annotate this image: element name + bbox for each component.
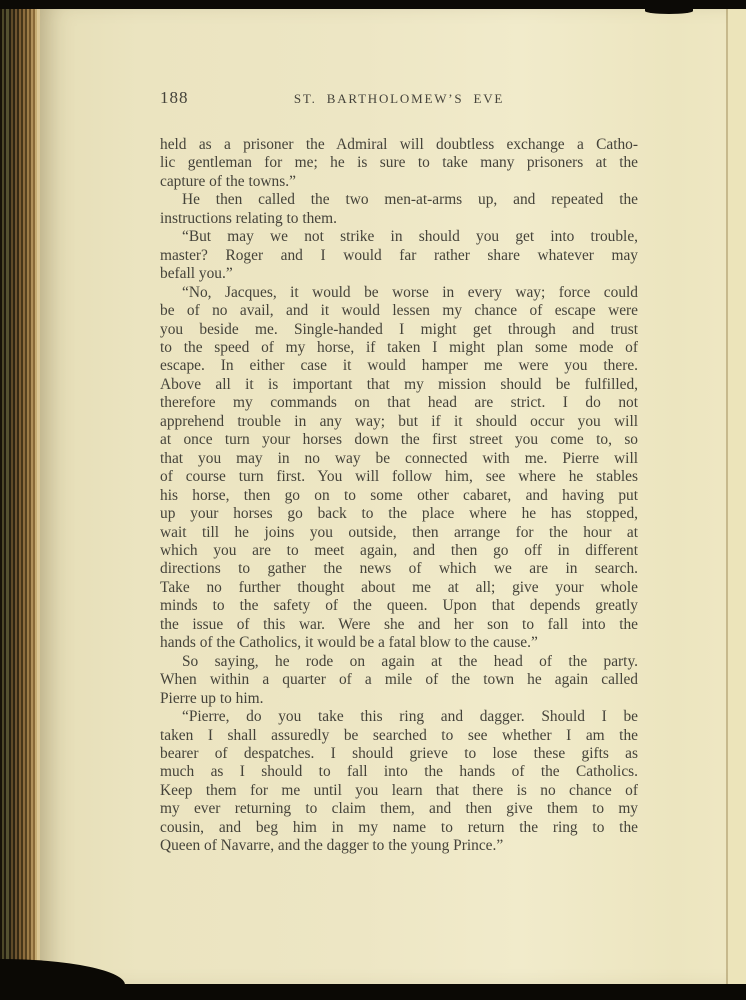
text-line: Take no further thought about me at all;…: [160, 579, 638, 597]
text-line: that you may in no way be connected with…: [160, 450, 638, 468]
page-header: 188 ST. BARTHOLOMEW’S EVE: [160, 88, 638, 110]
text-line: his horse, then go on to some other caba…: [160, 487, 638, 505]
text-line: to the speed of my horse, if taken I mig…: [160, 339, 638, 357]
text-line: you beside me. Single-handed I might get…: [160, 321, 638, 339]
text-line: hands of the Catholics, it would be a fa…: [160, 634, 638, 652]
text-line: cousin, and beg him in my name to return…: [160, 819, 638, 837]
photo-background-bottom: [0, 984, 746, 1000]
text-line: “But may we not strike in should you get…: [160, 228, 638, 246]
paragraph: “But may we not strike in should you get…: [160, 228, 638, 283]
text-line: at once turn your horses down the first …: [160, 431, 638, 449]
text-line: wait till he joins you outside, then arr…: [160, 524, 638, 542]
text-block: held as a prisoner the Admiral will doub…: [160, 136, 638, 856]
page-edge-line: [726, 9, 728, 984]
text-line: much as I should to fall into the hands …: [160, 763, 638, 781]
paragraph: held as a prisoner the Admiral will doub…: [160, 136, 638, 191]
text-line: taken I shall assuredly be searched to s…: [160, 727, 638, 745]
text-line: bearer of despatches. I should grieve to…: [160, 745, 638, 763]
text-line: of course turn first. You will follow hi…: [160, 468, 638, 486]
text-line: therefore my commands on that head are s…: [160, 394, 638, 412]
text-line: Above all it is important that my missio…: [160, 376, 638, 394]
photo-background-notch: [645, 8, 693, 14]
text-line: which you are to meet again, and then go…: [160, 542, 638, 560]
running-header: ST. BARTHOLOMEW’S EVE: [160, 88, 638, 107]
text-line: So saying, he rode on again at the head …: [160, 653, 638, 671]
text-line: master? Roger and I would far rather sha…: [160, 247, 638, 265]
text-line: capture of the towns.”: [160, 173, 638, 191]
text-line: “No, Jacques, it would be worse in every…: [160, 284, 638, 302]
text-line: directions to gather the news of which w…: [160, 560, 638, 578]
text-line: escape. In either case it would hamper m…: [160, 357, 638, 375]
text-line: the issue of this war. Were she and her …: [160, 616, 638, 634]
page-content: 188 ST. BARTHOLOMEW’S EVE held as a pris…: [160, 88, 638, 856]
paragraph: So saying, he rode on again at the head …: [160, 653, 638, 708]
text-line: Keep them for me until you learn that th…: [160, 782, 638, 800]
text-line: Queen of Navarre, and the dagger to the …: [160, 837, 638, 855]
text-line: held as a prisoner the Admiral will doub…: [160, 136, 638, 154]
scanned-book-photo: 188 ST. BARTHOLOMEW’S EVE held as a pris…: [0, 0, 746, 1000]
text-line: be of no avail, and it would lessen my c…: [160, 302, 638, 320]
text-line: lic gentleman for me; he is sure to take…: [160, 154, 638, 172]
paragraph: “No, Jacques, it would be worse in every…: [160, 284, 638, 653]
text-line: Pierre up to him.: [160, 690, 638, 708]
text-line: up your horses go back to the place wher…: [160, 505, 638, 523]
page-edges-binding: [0, 7, 40, 985]
page-number: 188: [160, 88, 189, 108]
text-line: minds to the safety of the queen. Upon t…: [160, 597, 638, 615]
text-line: “Pierre, do you take this ring and dagge…: [160, 708, 638, 726]
text-line: instructions relating to them.: [160, 210, 638, 228]
text-line: He then called the two men-at-arms up, a…: [160, 191, 638, 209]
paragraph: He then called the two men-at-arms up, a…: [160, 191, 638, 228]
photo-background-top: [0, 0, 746, 9]
text-line: When within a quarter of a mile of the t…: [160, 671, 638, 689]
paragraph: “Pierre, do you take this ring and dagge…: [160, 708, 638, 856]
under-page-edge: [728, 9, 746, 984]
text-line: apprehend trouble in any way; but if it …: [160, 413, 638, 431]
text-line: befall you.”: [160, 265, 638, 283]
text-line: my ever returning to claim them, and the…: [160, 800, 638, 818]
